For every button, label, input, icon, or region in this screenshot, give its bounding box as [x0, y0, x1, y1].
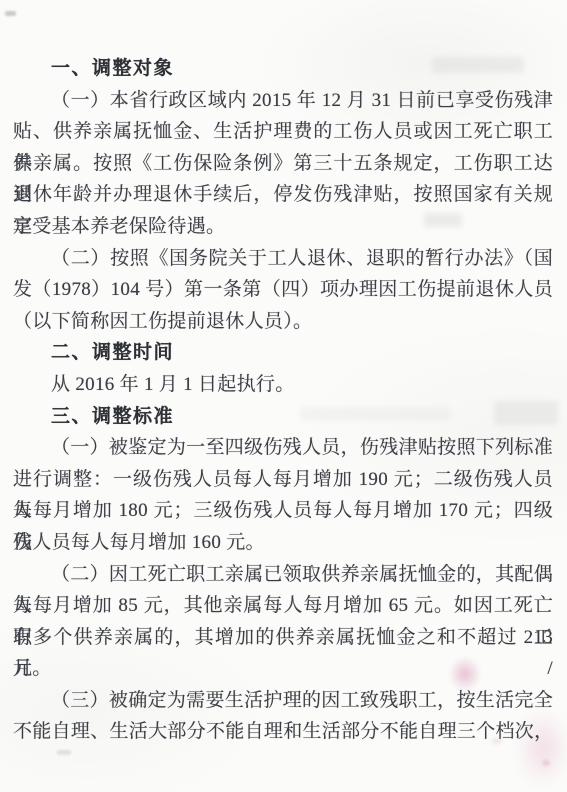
heading-adjustment-time: 二、调整时间 [13, 337, 553, 369]
text-line: 不能自理、生活大部分不能自理和生活部分不能自理三个档次， [13, 716, 553, 748]
scan-speck [5, 11, 16, 16]
scan-speck [57, 750, 71, 755]
text-line: 进行调整：一级伤残人员每人每月增加 190 元；二级伤残人员每 [13, 464, 553, 496]
text-line: 享受基本养老保险待遇。 [13, 211, 553, 243]
text-line: 人每月增加 180 元；三级伤残人员每人每月增加 170 元；四级伤 [13, 495, 553, 527]
text-line: （一）被鉴定为一至四级伤残人员，伤残津贴按照下列标准 [13, 432, 553, 464]
text-line: （二）按照《国务院关于工人退休、退职的暂行办法》（国 [13, 243, 553, 275]
pink-ink-stain [539, 757, 553, 769]
text-line: （一）本省行政区域内 2015 年 12 月 31 日前已享受伤残津 [13, 85, 553, 117]
text-line: 养亲属。按照《工伤保险条例》第三十五条规定，工伤职工达到 [13, 148, 553, 180]
heading-adjustment-standard: 三、调整标准 [13, 401, 553, 433]
text-line: （以下简称因工伤提前退休人员）。 [13, 306, 553, 338]
text-line: 从 2016 年 1 月 1 日起执行。 [13, 369, 553, 401]
text-line: （二）因工死亡职工亲属已领取供养亲属抚恤金的，其配偶每 [13, 559, 553, 591]
text-line: 人每月增加 85 元，其他亲属每人每月增加 65 元。如因工死亡职工 [13, 590, 553, 622]
text-line: 贴、供养亲属抚恤金、生活护理费的工伤人员或因工死亡职工供 [13, 116, 553, 148]
text-line: （三）被确定为需要生活护理的因工致残职工，按生活完全 [13, 685, 553, 717]
heading-adjustment-target: 一、调整对象 [13, 53, 553, 85]
text-line: 发（1978）104 号）第一条第（四）项办理因工伤提前退休人员 [13, 274, 553, 306]
text-line: 退休年龄并办理退休手续后，停发伤残津贴，按照国家有关规定 [13, 179, 553, 211]
document-page: 一、调整对象 （一）本省行政区域内 2015 年 12 月 31 日前已享受伤残… [13, 53, 553, 748]
text-line: 残人员每人每月增加 160 元。 [13, 527, 553, 559]
text-line: 有多个供养亲属的，其增加的供养亲属抚恤金之和不超过 213 元/ [13, 622, 553, 654]
